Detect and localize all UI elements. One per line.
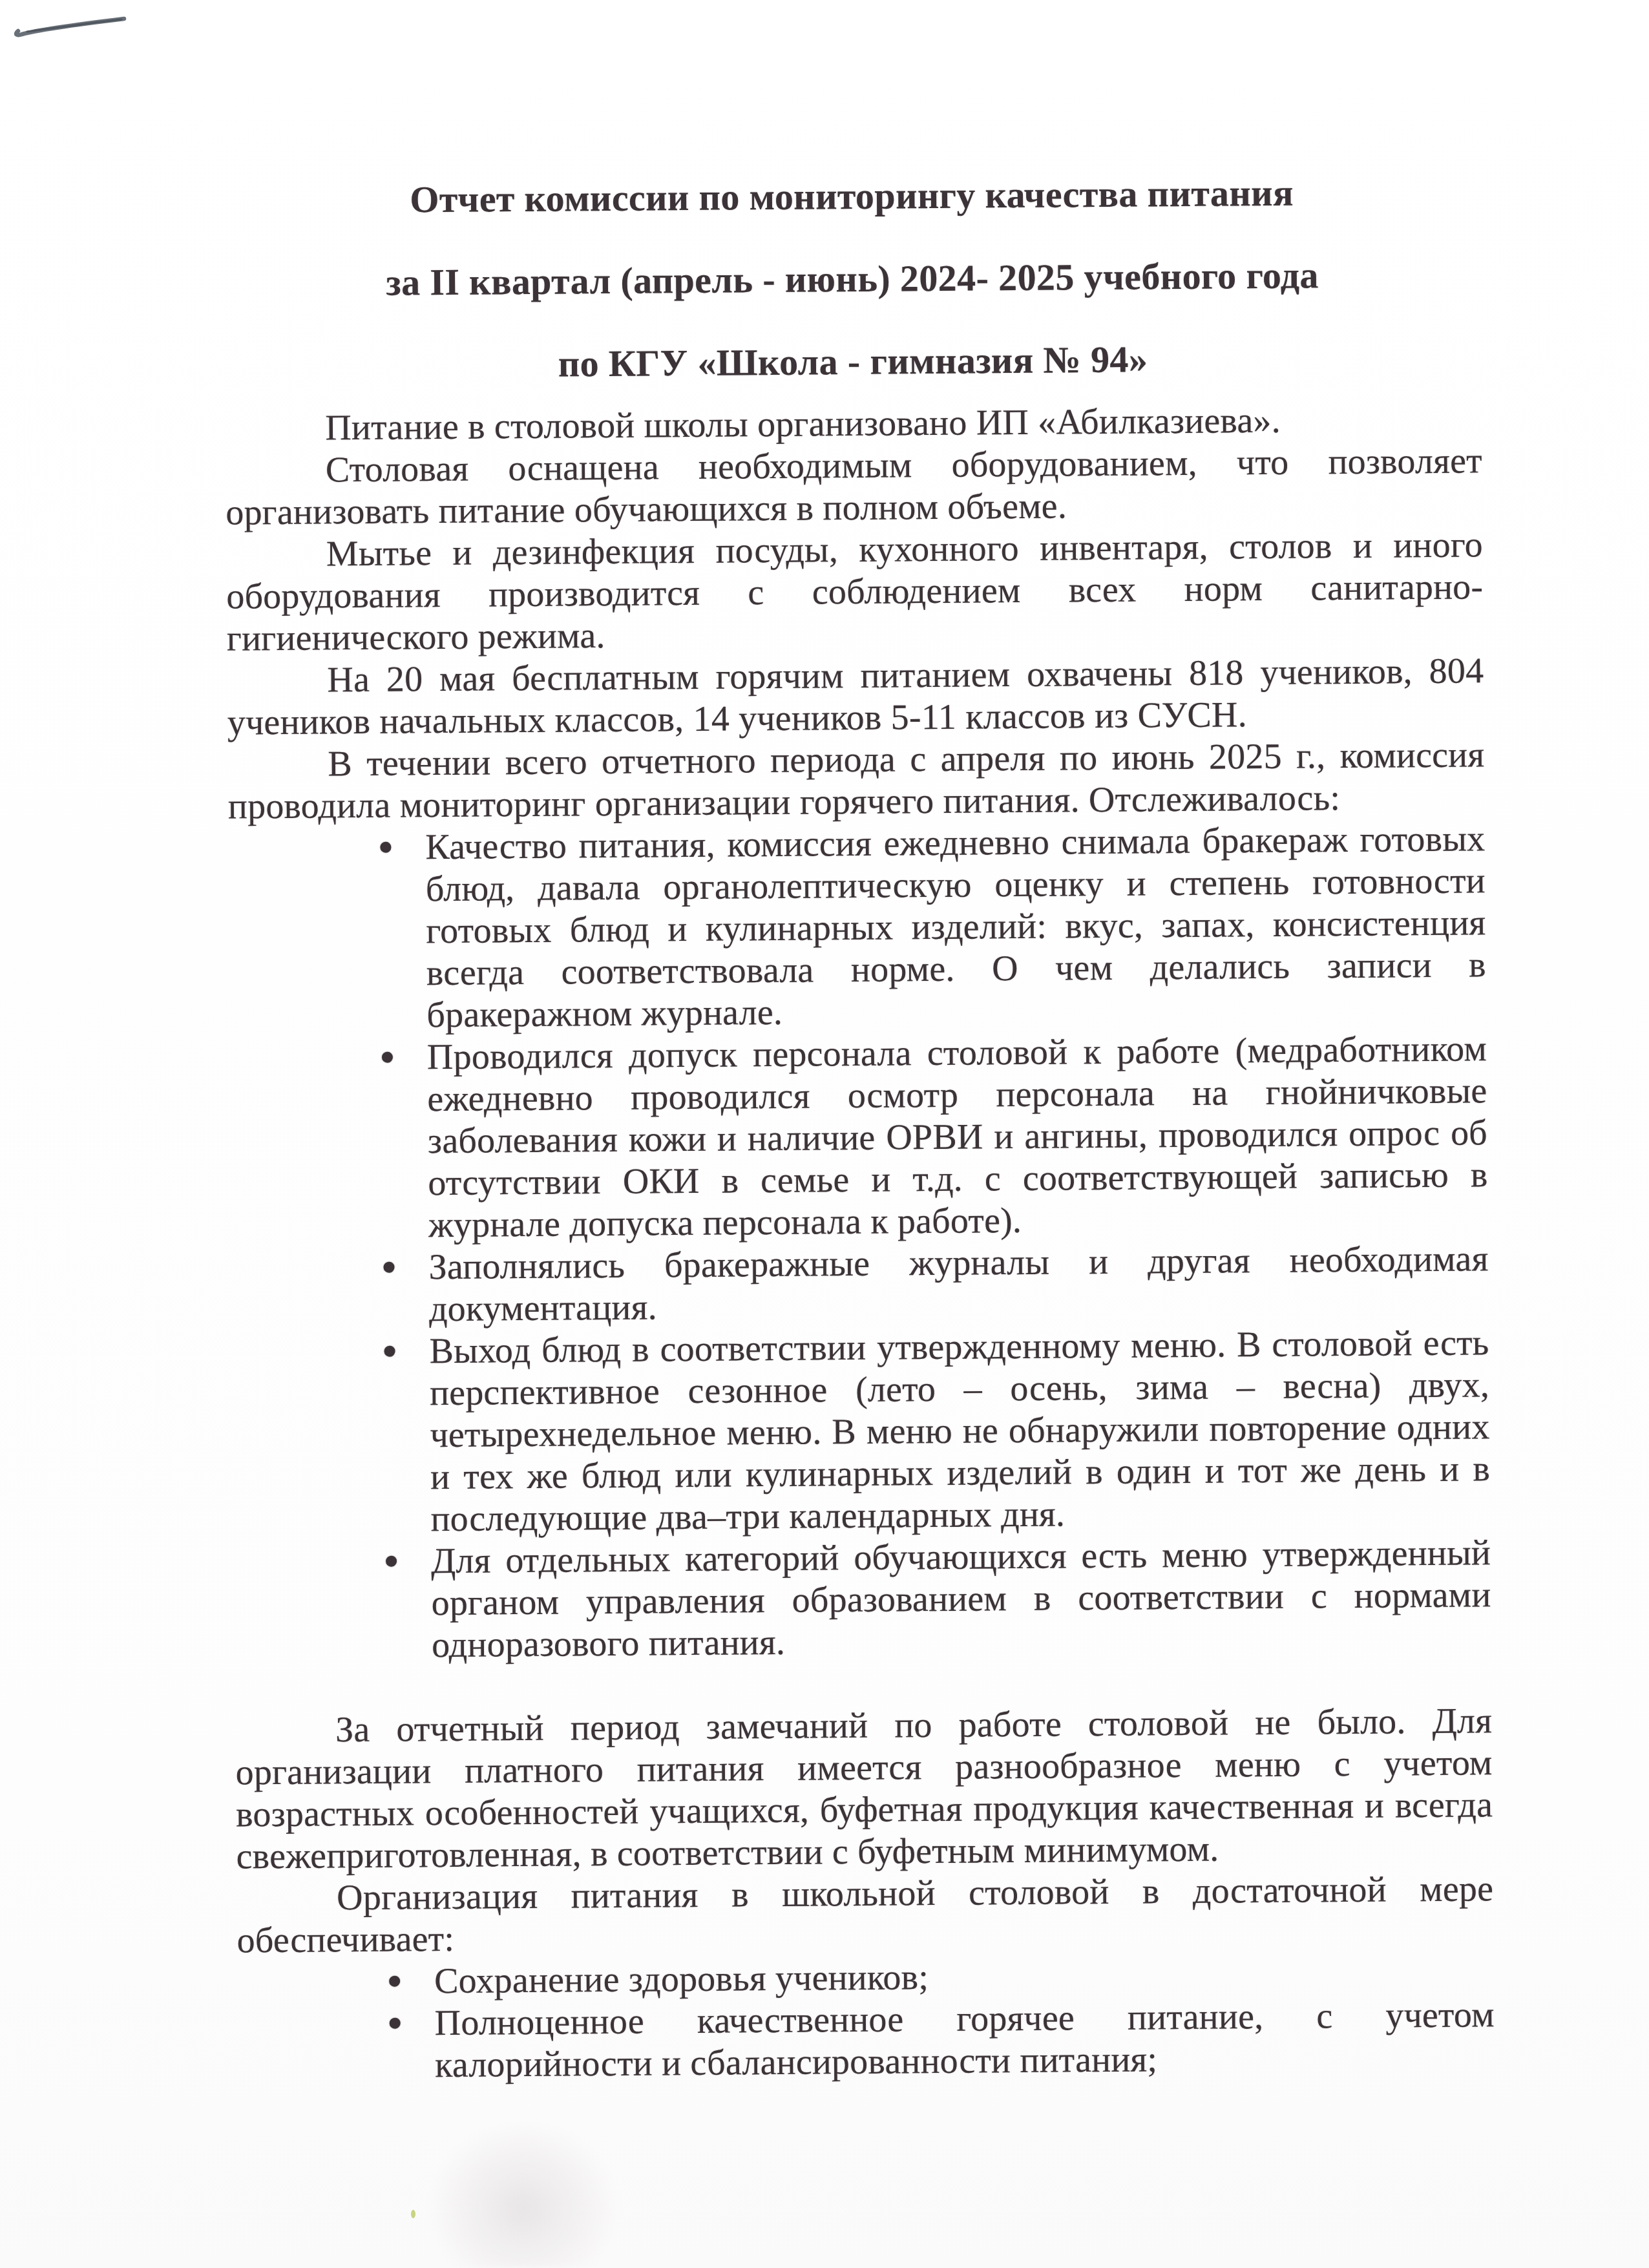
provision-item-text: Полноценное качественное горячее питание…	[434, 1995, 1494, 2085]
monitoring-item: Заполнялись бракеражные журналы и другая…	[428, 1238, 1489, 1330]
title-line-1: Отчет комиссии по мониторингу качества п…	[223, 150, 1480, 242]
bullet-icon	[390, 2018, 401, 2029]
provision-item: Полноценное качественное горячее питание…	[434, 1994, 1495, 2086]
bullet-icon	[386, 1556, 397, 1567]
monitoring-list: Качество питания, комиссия ежедневно сни…	[228, 818, 1491, 1668]
intro-paragraph-4: На 20 мая бесплатным горячим питанием ох…	[227, 650, 1484, 744]
monitoring-item-text: Качество питания, комиссия ежедневно сни…	[425, 819, 1486, 1035]
title-line-3: по КГУ «Школа - гимназия № 94»	[224, 315, 1482, 408]
monitoring-item-text: Проводился допуск персонала столовой к р…	[427, 1029, 1488, 1245]
scan-speck	[411, 2210, 415, 2218]
document-content: Отчет комиссии по мониторингу качества п…	[223, 150, 1495, 2088]
bullet-icon	[383, 1262, 394, 1273]
monitoring-item: Проводился допуск персонала столовой к р…	[427, 1028, 1489, 1246]
monitoring-item: Для отдельных категорий обучающихся есть…	[431, 1532, 1491, 1666]
scan-smudge	[426, 2119, 620, 2268]
bullet-icon	[382, 1052, 393, 1063]
provision-item-text: Сохранение здоровья учеников;	[434, 1957, 929, 2001]
monitoring-item-text: Для отдельных категорий обучающихся есть…	[431, 1533, 1491, 1665]
monitoring-item-text: Выход блюд в соответствии утвержденному …	[429, 1323, 1490, 1539]
summary-paragraph-1: За отчетный период замечаний по работе с…	[235, 1700, 1493, 1878]
monitoring-item-text: Заполнялись бракеражные журналы и другая…	[428, 1239, 1488, 1329]
scanned-document-page: Отчет комиссии по мониторингу качества п…	[0, 0, 1649, 2268]
pen-stroke-mark	[12, 12, 131, 39]
bullet-icon	[389, 1976, 400, 1987]
summary-paragraph-2: Организация питания в школьной столовой …	[236, 1868, 1494, 1962]
bullet-icon	[380, 842, 391, 853]
intro-paragraph-5: В течении всего отчетного периода с апре…	[227, 734, 1485, 828]
document-title: Отчет комиссии по мониторингу качества п…	[223, 150, 1482, 408]
provision-list: Сохранение здоровья учеников; Полноценно…	[237, 1952, 1495, 2088]
title-line-2: за II квартал (апрель - июнь) 2024- 2025…	[224, 233, 1481, 325]
monitoring-item: Выход блюд в соответствии утвержденному …	[429, 1322, 1491, 1540]
bullet-icon	[384, 1346, 395, 1357]
monitoring-item: Качество питания, комиссия ежедневно сни…	[425, 818, 1487, 1036]
intro-paragraph-2: Столовая оснащена необходимым оборудован…	[226, 440, 1483, 534]
intro-paragraph-3: Мытье и дезинфекция посуды, кухонного ин…	[226, 524, 1484, 660]
